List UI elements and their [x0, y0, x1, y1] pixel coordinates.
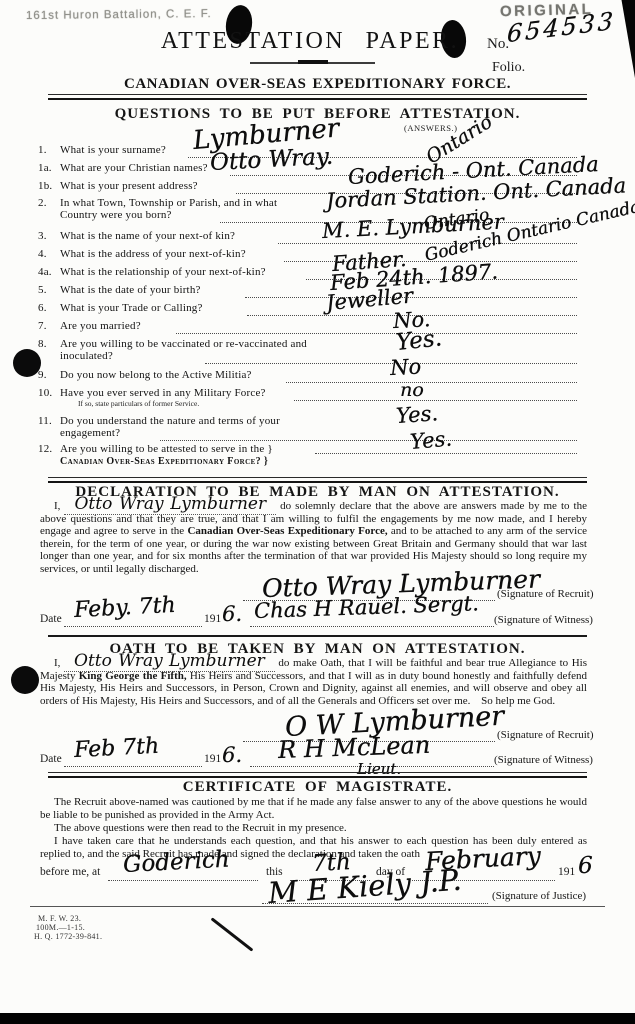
- question-text: What is your present address?: [60, 180, 338, 192]
- form-code: H. Q. 1772-39-841.: [34, 932, 102, 942]
- year-value: 6.: [222, 602, 242, 626]
- dotted-line: [160, 439, 577, 441]
- question-text: Are you willing to be attested to serve …: [60, 443, 348, 468]
- question-row: 4. What is the address of your next-of-k…: [38, 248, 338, 260]
- question-number: 5.: [38, 284, 60, 296]
- question-number: 9.: [38, 369, 60, 381]
- question-text: Are you married?: [60, 320, 338, 332]
- force-subtitle: CANADIAN OVER-SEAS EXPEDITIONARY FORCE.: [0, 76, 635, 93]
- year-printed: 191: [204, 613, 221, 625]
- dotted-line: [286, 381, 577, 383]
- question-text: In what Town, Township or Parish, and in…: [60, 197, 308, 221]
- question-row: 4a. What is the relationship of your nex…: [38, 266, 348, 278]
- question-number: 2.: [38, 197, 60, 221]
- question-number: 4.: [38, 248, 60, 260]
- question-text: What is the date of your birth?: [60, 284, 338, 296]
- year-printed: 191: [558, 866, 575, 878]
- signature-recruit-label: (Signature of Recruit): [497, 588, 594, 600]
- signature-witness-label: (Signature of Witness): [494, 754, 593, 766]
- question-text: Do you now belong to the Active Militia?: [60, 369, 338, 381]
- date-label: Date: [40, 613, 62, 625]
- signature-justice-label: (Signature of Justice): [492, 890, 586, 902]
- dotted-line: [108, 879, 258, 881]
- corner-fold-mark: [617, 0, 635, 78]
- answer-value: Yes.: [409, 426, 453, 454]
- title-underline-thick: [298, 60, 328, 64]
- question-number: 10.: [38, 387, 60, 399]
- declaration-paragraph: I, Otto Wray Lymburner do solemnly decla…: [40, 500, 587, 575]
- question-number: 11.: [38, 415, 60, 439]
- question-text: Are you willing to be vaccinated or re-v…: [60, 338, 323, 362]
- answer-value: no: [400, 379, 424, 401]
- question-number: 3.: [38, 230, 60, 242]
- pen-stroke: [211, 917, 254, 951]
- question-row: 11. Do you understand the nature and ter…: [38, 415, 333, 439]
- question-text: What is the address of your next-of-kin?: [60, 248, 338, 260]
- place-value: Goderich: [122, 846, 230, 878]
- date-value: Feby. 7th: [73, 593, 176, 623]
- question-number: 1.: [38, 144, 60, 156]
- signature-recruit-label: (Signature of Recruit): [497, 729, 594, 741]
- question-row: 2. In what Town, Township or Parish, and…: [38, 197, 308, 221]
- hole-punch: [13, 349, 41, 377]
- question-row: 9. Do you now belong to the Active Milit…: [38, 369, 338, 381]
- declaration-body-bold: Canadian Over-Seas Expeditionary Force,: [187, 525, 387, 537]
- question-text: Do you understand the nature and terms o…: [60, 415, 333, 439]
- answer-value: Yes.: [395, 325, 443, 356]
- date-label: Date: [40, 753, 62, 765]
- scan-edge-bar: [0, 1013, 635, 1024]
- dotted-line: [262, 902, 488, 904]
- year-printed: 191: [204, 753, 221, 765]
- question-note: If so, state particulars of former Servi…: [78, 399, 199, 408]
- question-row: 8. Are you willing to be vaccinated or r…: [38, 338, 323, 362]
- question-row: 5. What is the date of your birth?: [38, 284, 338, 296]
- question-row: 10. Have you ever served in any Military…: [38, 387, 338, 399]
- dotted-line: [64, 765, 202, 767]
- section-rule: [48, 94, 587, 100]
- certificate-paragraph: The Recruit above-named was cautioned by…: [40, 796, 587, 821]
- question-number: 1a.: [38, 162, 60, 174]
- question-number: 7.: [38, 320, 60, 332]
- declaration-lead-in: I,: [54, 500, 60, 512]
- dotted-line: [64, 625, 202, 627]
- question-row: 7. Are you married?: [38, 320, 338, 332]
- dotted-line: [176, 332, 577, 334]
- question-row: 6. What is your Trade or Calling?: [38, 302, 338, 314]
- answer-value: Yes.: [395, 401, 438, 428]
- page-title: ATTESTATION PAPER.: [150, 28, 470, 55]
- question-text: What is your Trade or Calling?: [60, 302, 338, 314]
- answer-value: No: [389, 354, 421, 380]
- signature-witness-label: (Signature of Witness): [494, 614, 593, 626]
- question-number: 12.: [38, 443, 60, 468]
- question-number: 1b.: [38, 180, 60, 192]
- bottom-rule: [30, 906, 605, 907]
- signature-witness: R H McLean: [278, 731, 431, 764]
- question-number: 4a.: [38, 266, 60, 278]
- question-text: What is the relationship of your next-of…: [60, 266, 348, 278]
- battalion-stamp: 161st Huron Battalion, C. E. F.: [26, 8, 212, 22]
- question-row: 1b. What is your present address?: [38, 180, 338, 192]
- question-number: 8.: [38, 338, 60, 362]
- folio-label: Folio.: [492, 60, 525, 76]
- dotted-line: [250, 625, 494, 627]
- oath-lead-in: I,: [54, 657, 60, 669]
- dotted-line: [315, 452, 577, 454]
- section-rule: [48, 477, 587, 483]
- year-value: 6.: [222, 743, 242, 767]
- date-value: Feb 7th: [73, 734, 159, 763]
- attestation-paper-scan: 161st Huron Battalion, C. E. F. ORIGINAL…: [0, 0, 635, 1024]
- year-value: 6: [578, 853, 593, 879]
- hole-punch: [11, 666, 39, 694]
- oath-paragraph: I, Otto Wray Lymburner do make Oath, tha…: [40, 657, 587, 707]
- question-number: 6.: [38, 302, 60, 314]
- certificate-paragraph: The above questions were then read to th…: [40, 822, 587, 835]
- section-rule: [48, 635, 587, 637]
- oath-body-bold: King George the Fifth,: [79, 670, 187, 682]
- section-rule: [48, 772, 587, 778]
- before-me-label: before me, at: [40, 866, 100, 878]
- certificate-heading: CERTIFICATE OF MAGISTRATE.: [0, 779, 635, 796]
- question-row: 3. What is the name of your next-of kin?: [38, 230, 338, 242]
- question-text: What is the name of your next-of kin?: [60, 230, 338, 242]
- question-row: 12. Are you willing to be attested to se…: [38, 443, 348, 468]
- question-text: Have you ever served in any Military For…: [60, 387, 338, 399]
